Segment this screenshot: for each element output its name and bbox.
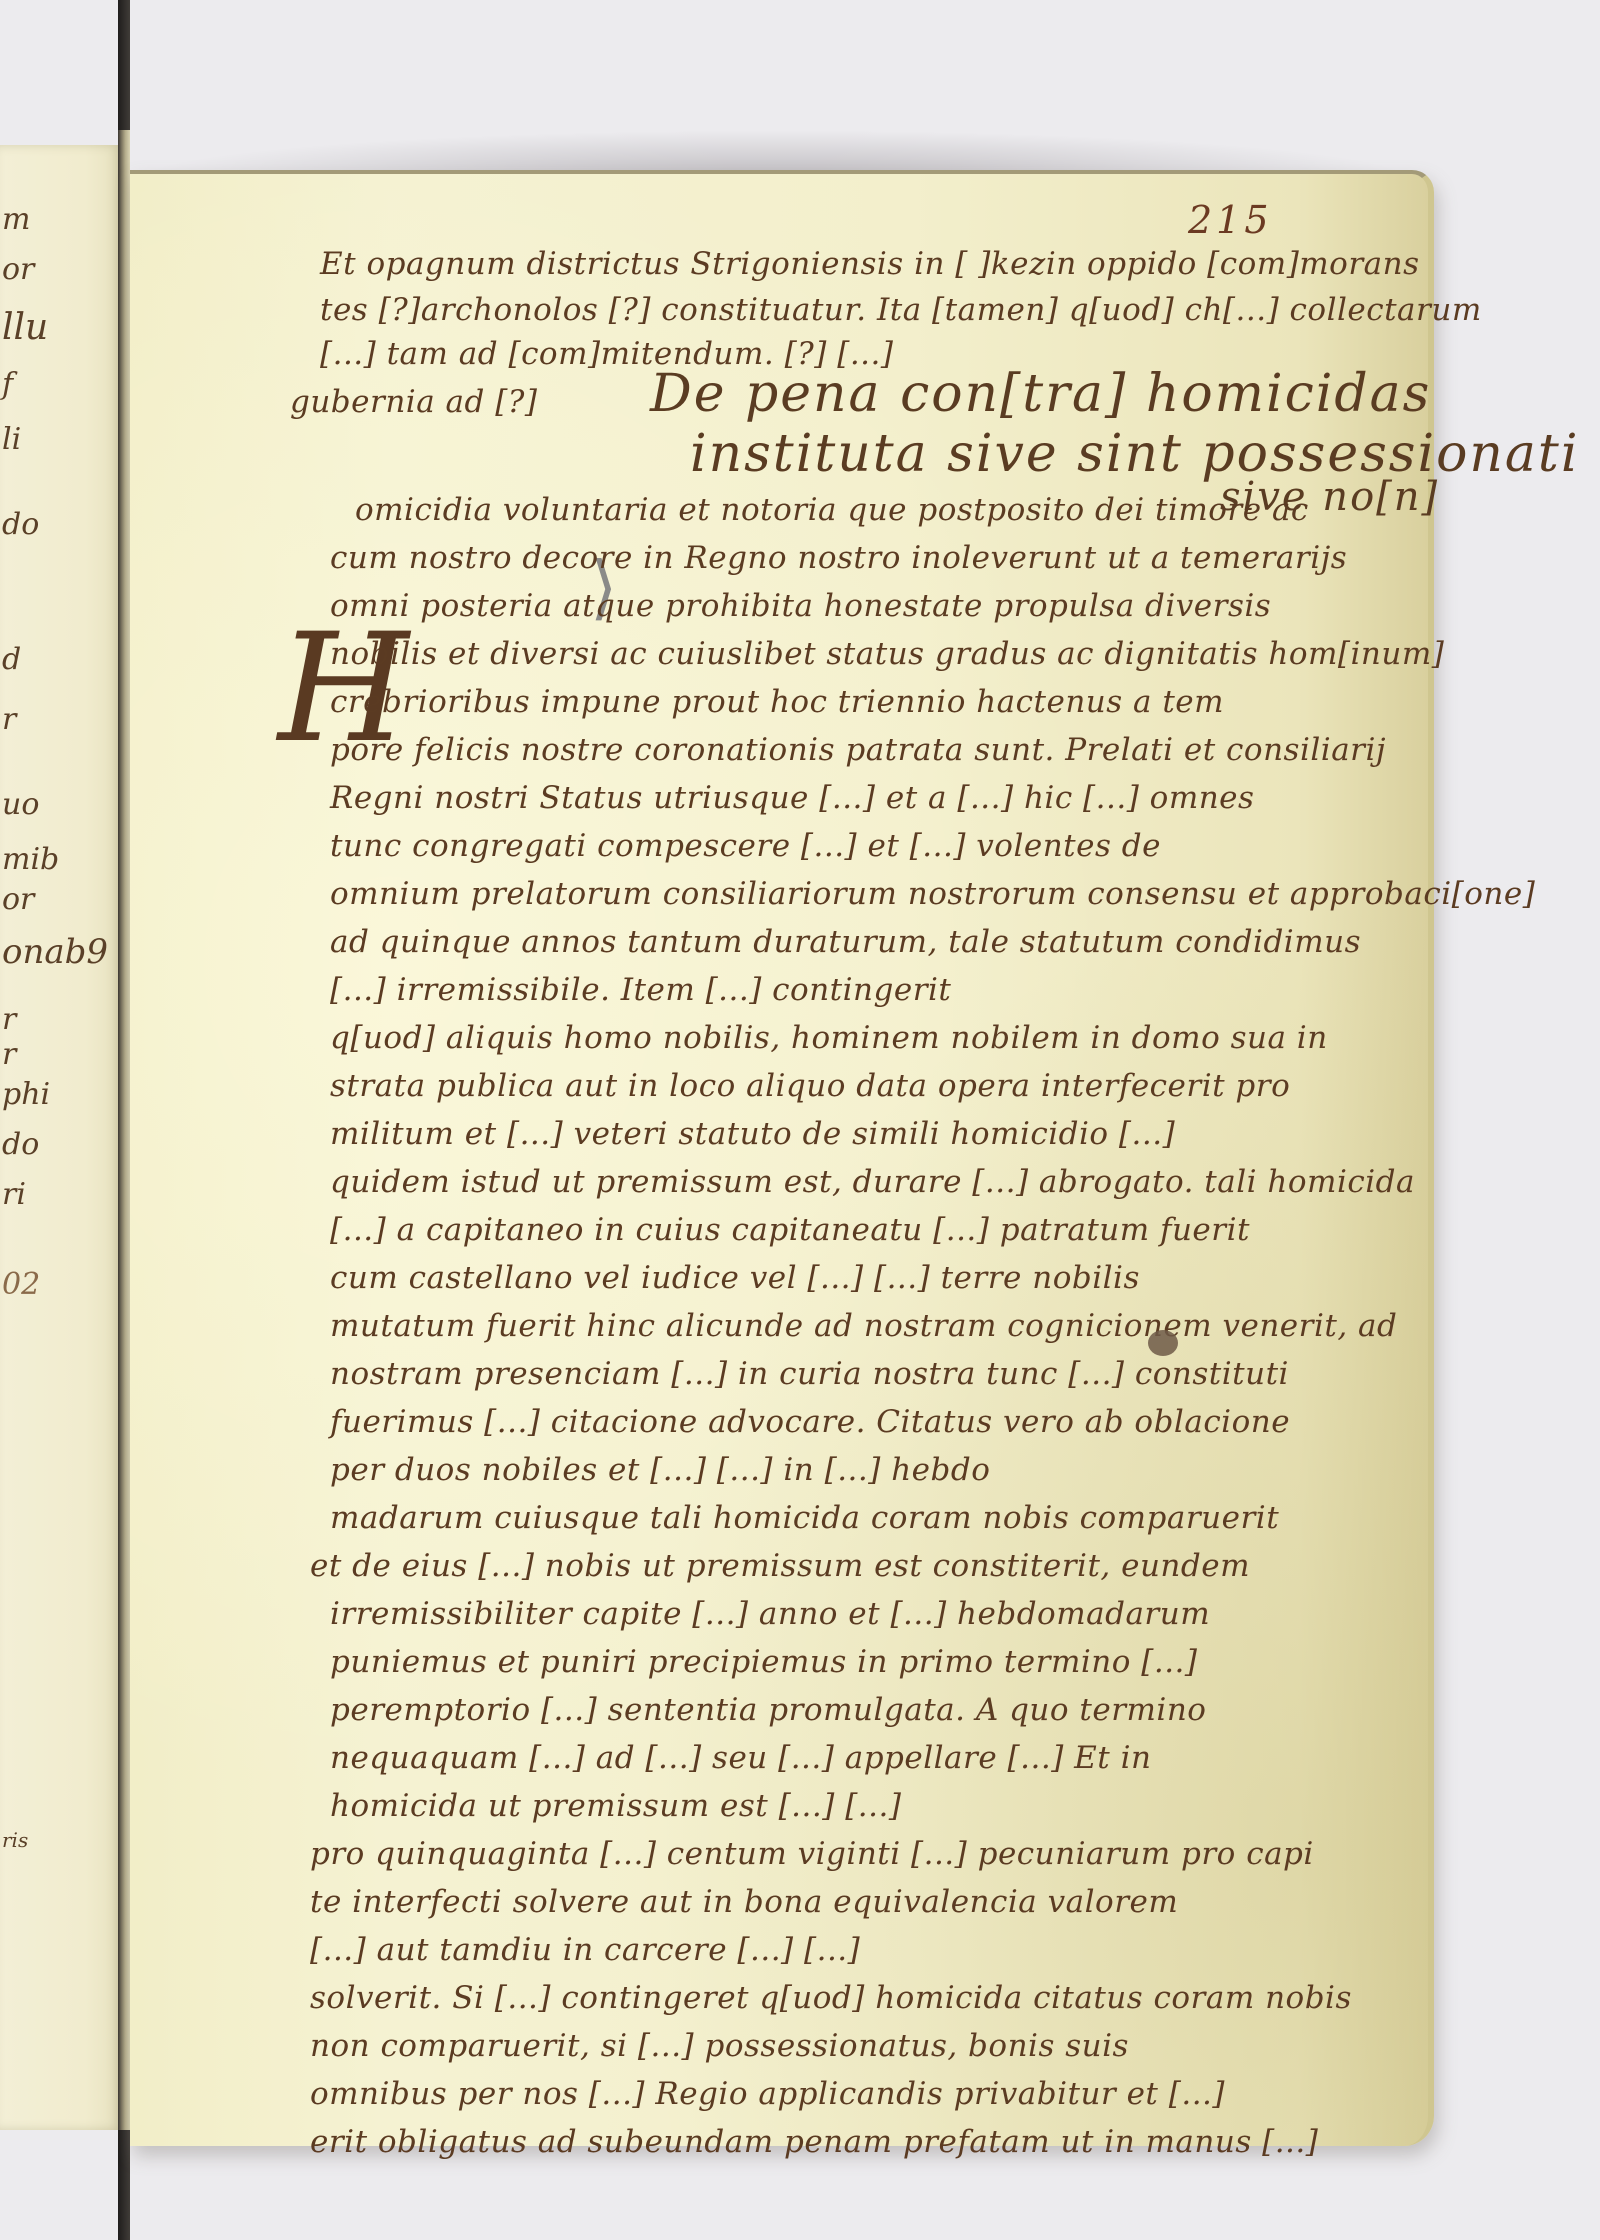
margin-fragment: onab9	[2, 935, 108, 969]
body-line: puniemus et puniri precipiemus in primo …	[330, 1644, 1198, 1680]
body-line: militum et [...] veteri statuto de simil…	[330, 1116, 1175, 1152]
margin-fragment: m	[2, 205, 30, 235]
preamble-line: gubernia ad [?]	[290, 384, 538, 420]
body-line: nobilis et diversi ac cuiuslibet status …	[330, 636, 1444, 672]
margin-fragment: do	[2, 1130, 39, 1160]
margin-fragment: uo	[2, 790, 39, 820]
body-line: [...] aut tamdiu in carcere [...] [...]	[310, 1932, 860, 1968]
body-line: pro quinquaginta [...] centum viginti [.…	[310, 1836, 1314, 1872]
margin-fragment: r	[2, 1040, 16, 1070]
body-line: Regni nostri Status utriusque [...] et a…	[330, 780, 1254, 816]
left-facing-page: m or llu f li do d r uo mib or onab9 r r…	[0, 145, 122, 2130]
margin-fragment: r	[2, 705, 16, 735]
body-line: strata publica aut in loco aliquo data o…	[330, 1068, 1290, 1104]
manuscript-page: 215 Et opagnum districtus Strigoniensis …	[130, 170, 1434, 2146]
body-line: omni posteria atque prohibita honestate …	[330, 588, 1271, 624]
margin-fragment: f	[2, 370, 13, 400]
book-binding-bottom	[118, 2130, 130, 2240]
body-line: non comparuerit, si [...] possessionatus…	[310, 2028, 1129, 2064]
body-line: crebrioribus impune prout hoc triennio h…	[330, 684, 1224, 720]
body-line: homicida ut premissum est [...] [...]	[330, 1788, 901, 1824]
body-line: nequaquam [...] ad [...] seu [...] appel…	[330, 1740, 1151, 1776]
body-line: nostram presenciam [...] in curia nostra…	[330, 1356, 1289, 1392]
section-heading: instituta sive sint possessionati	[690, 424, 1579, 484]
body-line: fuerimus [...] citacione advocare. Citat…	[330, 1404, 1290, 1440]
body-line: peremptorio [...] sententia promulgata. …	[330, 1692, 1206, 1728]
ink-stain	[1148, 1330, 1178, 1356]
body-line: pore felicis nostre coronationis patrata…	[330, 732, 1386, 768]
body-line: per duos nobiles et [...] [...] in [...]…	[330, 1452, 990, 1488]
margin-fragment: llu	[2, 310, 48, 346]
preamble-line: Et opagnum districtus Strigoniensis in […	[320, 246, 1420, 282]
margin-fragment: phi	[2, 1080, 50, 1110]
body-line: et de eius [...] nobis ut premissum est …	[310, 1548, 1250, 1584]
margin-fragment: li	[2, 425, 21, 455]
body-line: erit obligatus ad subeundam penam prefat…	[310, 2124, 1318, 2160]
body-line: irremissibiliter capite [...] anno et [.…	[330, 1596, 1210, 1632]
body-line: omnium prelatorum consiliariorum nostror…	[330, 876, 1535, 912]
preamble-line: tes [?]archonolos [?] constituatur. Ita …	[320, 292, 1482, 328]
section-heading: De pena con[tra] homicidas	[650, 364, 1431, 424]
body-line: cum nostro decore in Regno nostro inolev…	[330, 540, 1347, 576]
body-line: te interfecti solvere aut in bona equiva…	[310, 1884, 1178, 1920]
body-line: omicidia voluntaria et notoria que postp…	[355, 492, 1309, 528]
folio-number: 215	[1188, 198, 1273, 242]
body-line: omnibus per nos [...] Regio applicandis …	[310, 2076, 1225, 2112]
margin-fragment: or	[2, 885, 34, 915]
body-line: madarum cuiusque tali homicida coram nob…	[330, 1500, 1279, 1536]
body-line: cum castellano vel iudice vel [...] [...…	[330, 1260, 1140, 1296]
margin-fragment: r	[2, 1005, 16, 1035]
body-line: [...] a capitaneo in cuius capitaneatu […	[330, 1212, 1250, 1248]
body-line: tunc congregati compescere [...] et [...…	[330, 828, 1161, 864]
body-line: [...] irremissibile. Item [...] continge…	[330, 972, 951, 1008]
book-binding-top	[118, 0, 130, 150]
body-line: quidem istud ut premissum est, durare [.…	[330, 1164, 1415, 1200]
body-line: solverit. Si [...] contingeret q[uod] ho…	[310, 1980, 1352, 2016]
margin-fragment: d	[2, 645, 21, 675]
margin-fragment: ri	[2, 1180, 26, 1210]
margin-fragment: do	[2, 510, 39, 540]
margin-fragment: or	[2, 255, 34, 285]
margin-fragment: mib	[2, 845, 59, 875]
body-line: q[uod] aliquis homo nobilis, hominem nob…	[330, 1020, 1328, 1056]
margin-fragment: ris	[2, 1830, 28, 1850]
book-gutter	[118, 130, 130, 2240]
body-line: ad quinque annos tantum duraturum, tale …	[330, 924, 1361, 960]
body-line: mutatum fuerit hinc alicunde ad nostram …	[330, 1308, 1397, 1344]
margin-fragment: 02	[2, 1270, 40, 1300]
